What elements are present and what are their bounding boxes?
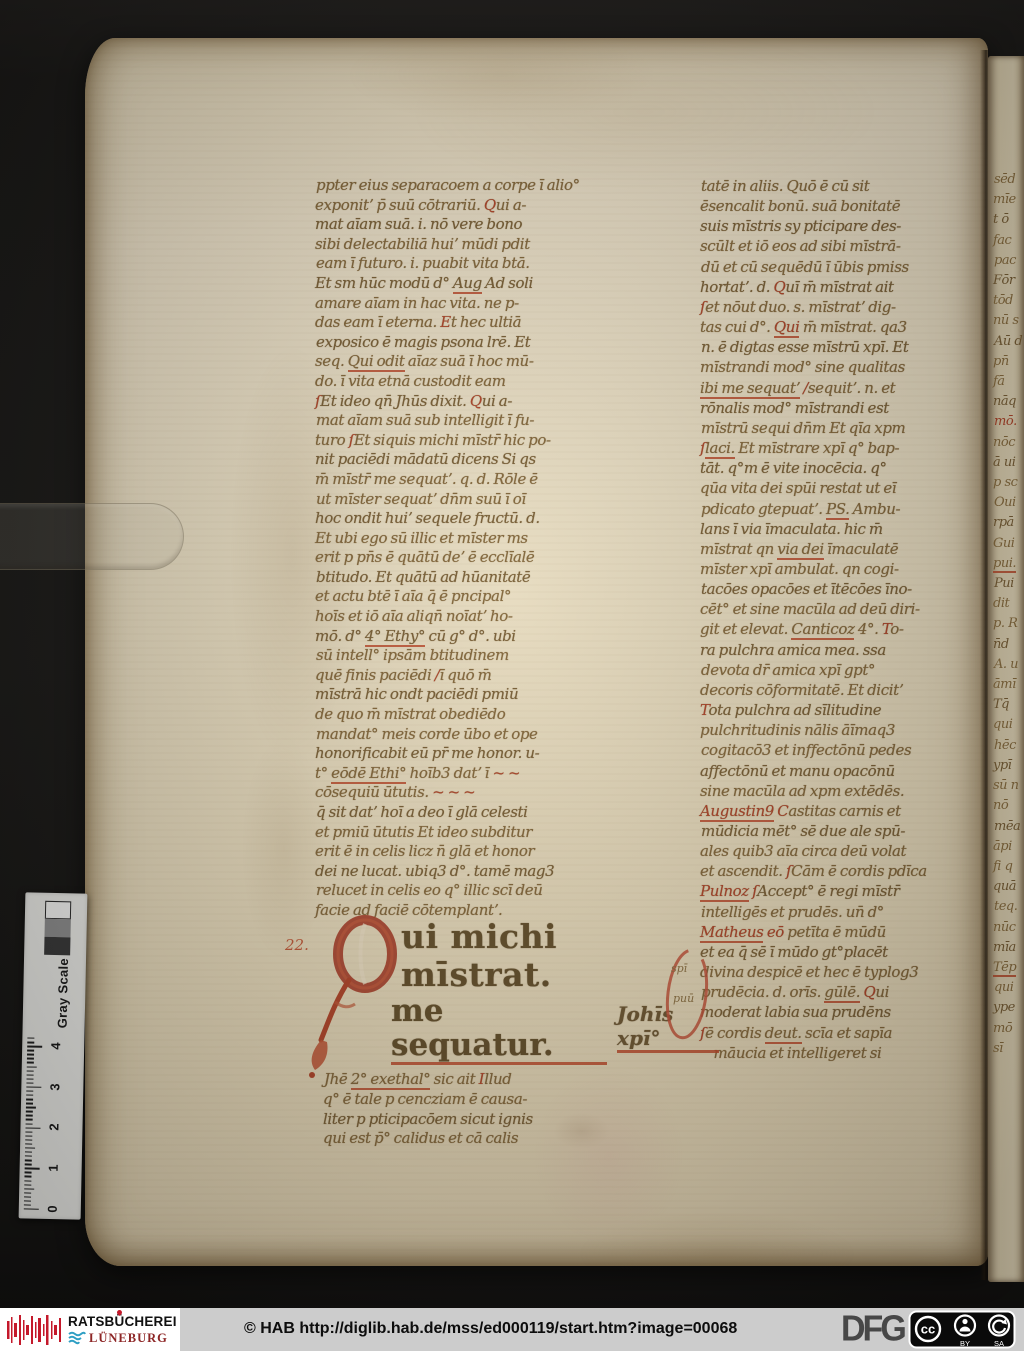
cc-logo-text: cc	[921, 1322, 935, 1337]
gray-patch-white	[45, 901, 71, 920]
cc-license-badge: cc BY SA	[908, 1310, 1016, 1349]
manuscript-line: mīstrū sequi dn̄m Et qīa xpm	[701, 418, 993, 438]
ruler-ticks	[24, 1038, 46, 1214]
manuscript-line: Augustin9 Castitas carnis et	[700, 801, 992, 821]
manuscript-line: hortatʼ. d. Quī m̄ mīstrat ait	[700, 277, 992, 297]
library-name: RATSBÜCHEREI LÜNEBURG	[68, 1314, 177, 1346]
ruler-tick	[27, 1066, 37, 1068]
ruler-tick	[26, 1099, 33, 1101]
manuscript-line: et ea q̄ sē ī mūdo gt°placēt	[700, 942, 992, 962]
manuscript-line: Tēp	[993, 958, 1024, 978]
ruler-tick	[27, 1078, 34, 1080]
ruler-tick	[26, 1082, 33, 1084]
ruler-tick	[27, 1042, 34, 1044]
next-page-edge: sēdmīet ōfacpacFōrtōdnū sAū dpn̄fānāqmō.…	[988, 56, 1024, 1282]
manuscript-line: et ascendit. ſCām ē cordis pdīca	[700, 861, 992, 881]
manuscript-line: prudēcia. d. orīs. gūlē. Qui	[701, 982, 993, 1002]
manuscript-line: Pulnoz ſAccept° ē regi mīstr̄	[700, 881, 992, 901]
ruler-tick	[26, 1119, 33, 1121]
manuscript-line: qui est p̄° calidus et cā calis	[323, 1129, 675, 1149]
wave-icon	[68, 1331, 86, 1346]
manuscript-line: ſē cordis deut. scīa et sapīa	[700, 1023, 992, 1043]
manuscript-line: fi q	[993, 857, 1024, 877]
decorated-initial-q-icon	[305, 912, 415, 1082]
manuscript-line: ypī	[993, 756, 1024, 776]
manuscript-line: devota dr̄ amica xpī gpt°	[701, 660, 993, 680]
manuscript-line: Et sm hūc modū d° Aug Ad soli	[315, 274, 675, 294]
manuscript-line: mīe	[993, 190, 1024, 210]
manuscript-line: Jhē 2° exethal° sic ait Illud	[324, 1070, 676, 1090]
ruler-tick	[26, 1090, 33, 1092]
manuscript-line: erit ē in celis licz n̄ glā et honor	[315, 842, 675, 862]
manuscript-line: affectōnū et manu opacōnū	[700, 761, 992, 781]
heading-source-citation: Johīs xpī°	[617, 1002, 719, 1053]
manuscript-line: liter p pticipacōem sicut ignis	[323, 1110, 675, 1130]
copyright-url: © HAB http://diglib.hab.de/mss/ed000119/…	[244, 1320, 737, 1338]
manuscript-line: divina despicē et hec ē typlog3	[700, 962, 992, 982]
library-logo: RATSBÜCHEREI LÜNEBURG	[0, 1308, 180, 1351]
ruler-tick	[27, 1070, 34, 1072]
dfg-logo: DFG	[841, 1309, 904, 1349]
manuscript-line: dū et cū sequēdū ī ūbis pmiss	[701, 257, 993, 277]
manuscript-line: et actu btē ī aīa q̄ ē pncipal°	[315, 587, 675, 607]
manuscript-line: Aū d	[994, 332, 1024, 352]
manuscript-line: sēd	[994, 170, 1024, 190]
manuscript-line: scūlt et iō eos ad sibi mīstrā-	[700, 236, 992, 256]
ruler-tick	[26, 1115, 33, 1117]
ruler-tick	[25, 1127, 40, 1129]
manuscript-line: cogitacō3 et inffectōnū pedes	[701, 740, 993, 760]
manuscript-line: n̄d	[993, 635, 1024, 655]
manuscript-line: ra pulchra amica mea. ssa	[700, 640, 992, 660]
manuscript-line: Fōr	[993, 271, 1024, 291]
manuscript-line: nū s	[993, 311, 1024, 331]
cc-sa-label: SA	[994, 1339, 1004, 1348]
manuscript-line: mō	[993, 1019, 1024, 1039]
manuscript-line: tōd	[993, 291, 1024, 311]
manuscript-line: suis mīstris sy pticipare des-	[700, 216, 992, 236]
manuscript-line: qui	[993, 715, 1024, 735]
text-column-right: tatē in aliis. Quō ē cū sitēsencalit bon…	[700, 176, 992, 1063]
ruler-tick	[27, 1058, 34, 1060]
manuscript-line: turo ſEt siquis michi mīstr̄ hic po-	[315, 431, 675, 451]
page-holder-clamp	[0, 503, 184, 570]
ruler-numbers: 43210	[25, 892, 87, 893]
manuscript-line: fac	[993, 231, 1024, 251]
manuscript-line: Tq̄	[993, 695, 1024, 715]
manuscript-line: btitudo. Et quātū ad hūanitatē	[316, 568, 676, 588]
manuscript-line: māucia et intelligeret si	[700, 1043, 992, 1063]
manuscript-line: eam ī futuro. i. puabit vita btā.	[316, 254, 676, 274]
ruler-tick	[25, 1160, 32, 1162]
manuscript-line: ppter eius separacoem a corpe ī alio°	[316, 176, 676, 196]
manuscript-line: das eam ī eterna. Et hec ultiā	[315, 313, 675, 333]
manuscript-line: teq.	[994, 897, 1024, 917]
ruler-tick	[26, 1086, 41, 1088]
manuscript-line: hoīs et iō aīa aliqn̄ noīatʼ ho-	[315, 607, 675, 627]
manuscript-line: mat aīam suā sub intelligit ī fu-	[316, 411, 676, 431]
ruler-tick	[24, 1184, 31, 1186]
manuscript-line: et pmiū ūtutis Et ideo subditur	[315, 823, 675, 843]
manuscript-line: mēa	[994, 817, 1024, 837]
manuscript-line: ype	[993, 998, 1024, 1018]
manuscript-line: quā	[993, 877, 1024, 897]
manuscript-line: nit paciēdi mādatū dicens Si qs	[315, 450, 675, 470]
manuscript-line: relucet in celis eo q° illic scī deū	[316, 881, 676, 901]
ruler-tick	[26, 1103, 33, 1105]
manuscript-line: p sc	[993, 473, 1024, 493]
manuscript-line: nōc	[993, 433, 1024, 453]
manuscript-line: Matheus eō petīta ē mūdū	[700, 922, 992, 942]
manuscript-line: honorificabit eū pr̄ me honor. u-	[315, 744, 675, 764]
ruler-tick	[25, 1139, 32, 1141]
manuscript-line: Pui	[994, 574, 1024, 594]
manuscript-line: mīstrat qn via dei īmaculatē	[700, 539, 992, 559]
manuscript-line: mīster xpī ambulat. qn cogi-	[700, 559, 992, 579]
manuscript-line: sū intell° ipsām btitudinem	[316, 646, 676, 666]
manuscript-line: ibi me sequatʼ /sequitʼ. n. et	[700, 378, 992, 398]
manuscript-line: de quo m̄ mīstrat obediēdo	[315, 705, 675, 725]
manuscript-line: mīa	[993, 938, 1024, 958]
manuscript-line: pac	[994, 251, 1024, 271]
ruler-tick	[25, 1172, 32, 1174]
ruler-tick	[26, 1123, 33, 1125]
ruler-tick	[27, 1046, 42, 1048]
ruler-tick	[25, 1156, 32, 1158]
manuscript-line: decoris cōformitatē. Et dicitʼ	[700, 680, 992, 700]
manuscript-line: sine macūla ad xpm extēdēs.	[700, 781, 992, 801]
ruler-tick	[27, 1074, 34, 1076]
manuscript-line: nāq	[993, 392, 1024, 412]
manuscript-line: āpi	[993, 837, 1024, 857]
ruler-tick	[26, 1107, 36, 1109]
ruler-tick	[24, 1200, 31, 1202]
manuscript-line: q° ē tale p cencziam ē causa-	[323, 1090, 675, 1110]
manuscript-line: tāt. q°m ē vite inocēcia. q°	[700, 458, 992, 478]
manuscript-line: pdicato gtepuatʼ. PS. Ambu-	[701, 499, 993, 519]
manuscript-line: erit p pn̄s ē quātū deʼ ē ecclīalē	[315, 548, 675, 568]
heading-line-2: me sequatur. Johīs xpī°	[391, 994, 719, 1065]
manuscript-line: Oui	[994, 493, 1024, 513]
manuscript-line: pui.	[993, 554, 1024, 574]
ruler-tick	[24, 1176, 31, 1178]
oval-word-2: puū	[673, 992, 694, 1005]
manuscript-line: p. R	[993, 614, 1024, 634]
ruler-tick	[27, 1062, 34, 1064]
red-oval-icon	[645, 936, 715, 1056]
manuscript-line: ut mīster sequatʼ dn̄m suū ī oī	[316, 490, 676, 510]
ruler-tick	[24, 1204, 31, 1206]
manuscript-line: cēt° et sine macūla ad deū diri-	[700, 599, 992, 619]
manuscript-line: nō	[993, 796, 1024, 816]
ruler-tick	[24, 1180, 31, 1182]
manuscript-line: lans ī via īmaculata. hic m̄	[700, 519, 992, 539]
ruler-tick	[26, 1111, 33, 1113]
ruler-tick	[24, 1208, 39, 1210]
manuscript-line: ſlaci. Et mīstrare xpī q° bap-	[700, 438, 992, 458]
ruler-tick	[25, 1135, 32, 1137]
manuscript-line: qūa vita dei spūi restat ut eī	[700, 478, 992, 498]
ruler-tick	[27, 1054, 34, 1056]
manuscript-line: ēsencalit bonū. suā bonitatē	[700, 196, 992, 216]
manuscript-line: qui	[994, 978, 1024, 998]
red-oval-annotation: spī puū	[645, 936, 715, 1056]
manuscript-line: mandat° meis corde ūbo et ope	[316, 725, 676, 745]
margin-chapter-number: 22.	[285, 936, 309, 954]
manuscript-line: sū n	[993, 776, 1024, 796]
ruler-number: 4	[48, 1038, 64, 1054]
manuscript-line: mō. d° 4° Ethy° cū g° d°. ubi	[315, 627, 675, 647]
manuscript-line: Tota pulchra ad sīlitudine	[700, 700, 992, 720]
ruler-number: 3	[47, 1079, 63, 1095]
manuscript-page: ppter eius separacoem a corpe ī alio°exp…	[85, 38, 988, 1266]
manuscript-line: m̄ mīstr̄ me sequatʼ. q. d. Rōle ē	[315, 470, 675, 490]
manuscript-line: sibi delectabiliā huiʼ mūdi pdit	[315, 235, 675, 255]
manuscript-line: hoc ondit huiʼ sequele fructū. d.	[315, 509, 675, 529]
manuscript-line: ſet nōut duo. s. mīstratʼ dig-	[700, 297, 992, 317]
manuscript-line: exposico ē magis psona lrē. Et	[316, 333, 676, 353]
manuscript-line: tacōes opacōes et ītēcōes īno-	[701, 579, 993, 599]
gutter-crease-shadow	[980, 50, 990, 1280]
ruler-tick	[25, 1151, 32, 1153]
library-name-line1: RATSBÜCHEREI	[68, 1314, 177, 1329]
manuscript-line: mat aīam suā. i. nō vere bono	[315, 215, 675, 235]
ruler-tick	[26, 1094, 33, 1096]
manuscript-line: āmī	[993, 675, 1024, 695]
manuscript-line: ſEt ideo qn̄ Jhūs dixit. Qui a-	[315, 392, 675, 412]
grayscale-label: Gray Scale	[54, 938, 72, 1048]
footer-bar: RATSBÜCHEREI LÜNEBURG © HAB http://digli…	[0, 1308, 1024, 1351]
manuscript-line: dei ne lucat. ubiq3 d°. tamē mag3	[315, 862, 675, 882]
manuscript-line: mīstrandi mod° sine qualitas	[700, 357, 992, 377]
manuscript-line: Et ubi ego sū illic et mīster ms	[315, 529, 675, 549]
manuscript-line: tas cui d°. Qui m̄ mīstrat. qa3	[700, 317, 992, 337]
manuscript-line: cōsequiū ūtutis. ~ ~ ~	[315, 783, 675, 803]
gray-patch-dark	[44, 937, 70, 956]
manuscript-line: t° eōdē Ethi° hoīb3 datʼ ī ~ ~	[315, 764, 675, 784]
manuscript-line: mō.	[994, 412, 1024, 432]
manuscript-line: git et elevat. Canticoz 4°. To-	[700, 619, 992, 639]
manuscript-line: q̄ sit datʼ hoī a deo ī glā celesti	[316, 803, 676, 823]
ruler-tick	[25, 1168, 40, 1170]
oval-word-1: spī	[671, 962, 687, 975]
gray-patch-mid	[44, 919, 70, 938]
manuscript-line: pulchritudinis nālis āīmaq3	[700, 720, 992, 740]
ruler-tick	[25, 1147, 35, 1149]
digitized-manuscript-photo: ppter eius separacoem a corpe ī alio°exp…	[0, 0, 1024, 1308]
manuscript-line: moderat labia sua prudēns	[700, 1002, 992, 1022]
manuscript-line: t ō	[993, 210, 1024, 230]
chapter-heading: ui michi mīstrat. me sequatur. Johīs xpī…	[319, 918, 719, 1065]
ruler-number: 0	[45, 1201, 61, 1217]
manuscript-line: n. ē digtas esse mīstrū xpī. Et	[701, 337, 993, 357]
next-page-text-sliver: sēdmīet ōfacpacFōrtōdnū sAū dpn̄fānāqmō.…	[993, 170, 1024, 1059]
manuscript-line: sī	[993, 1039, 1024, 1059]
manuscript-line: pn̄	[993, 352, 1024, 372]
grayscale-ruler: Gray Scale 43210	[19, 892, 88, 1219]
manuscript-line: amare aīam in hac vita. ne p-	[315, 294, 675, 314]
manuscript-line: rpā	[993, 513, 1024, 533]
manuscript-line: intelligēs et prudēs. un̄ d°	[701, 902, 993, 922]
ruler-tick	[27, 1038, 34, 1040]
manuscript-line: mūdicia mēt° sē due ale spū-	[701, 821, 993, 841]
manuscript-line: tatē in aliis. Quō ē cū sit	[701, 176, 993, 196]
manuscript-line: facie ad faciē cōtemplantʼ.	[315, 901, 675, 921]
manuscript-line: rōnalis mod° mīstrandi est	[700, 398, 992, 418]
cc-by-label: BY	[960, 1339, 970, 1348]
manuscript-line: fā	[993, 372, 1024, 392]
text-after-heading: Jhē 2° exethal° sic ait Illudq° ē tale p…	[323, 1070, 675, 1149]
ruler-tick	[25, 1131, 32, 1133]
ruler-tick	[25, 1164, 32, 1166]
ruler-number: 2	[46, 1119, 62, 1135]
manuscript-line: ā ui	[993, 453, 1024, 473]
manuscript-line: Gui	[993, 534, 1024, 554]
ruler-number: 1	[45, 1160, 61, 1176]
manuscript-line: mīstrā hic ondt paciēdi pmiū	[315, 685, 675, 705]
manuscript-line: hēc	[994, 736, 1024, 756]
heading-line-1: ui michi mīstrat.	[401, 918, 719, 994]
manuscript-line: nūc	[993, 918, 1024, 938]
ruler-tick	[24, 1188, 34, 1190]
manuscript-line: do. ī vita etnā custodit eam	[315, 372, 675, 392]
manuscript-line: ales quib3 aīa circa deū volat	[700, 841, 992, 861]
ruler-tick	[27, 1050, 34, 1052]
library-name-line2: LÜNEBURG	[68, 1331, 177, 1346]
ruler-tick	[24, 1196, 31, 1198]
manuscript-line: dit	[993, 594, 1024, 614]
manuscript-line: quē finis paciēdi /ī quō m̄	[315, 666, 675, 686]
library-barcode-icon	[6, 1313, 64, 1347]
text-column-left: ppter eius separacoem a corpe ī alio°exp…	[315, 176, 675, 921]
manuscript-line: seq. Qui odit aīaz suā ī hoc mū-	[315, 352, 675, 372]
ruler-tick	[25, 1143, 32, 1145]
manuscript-line: exponitʼ p̄ suū cōtrariū. Qui a-	[315, 196, 675, 216]
ruler-tick	[24, 1192, 31, 1194]
manuscript-line: A. u	[994, 655, 1024, 675]
